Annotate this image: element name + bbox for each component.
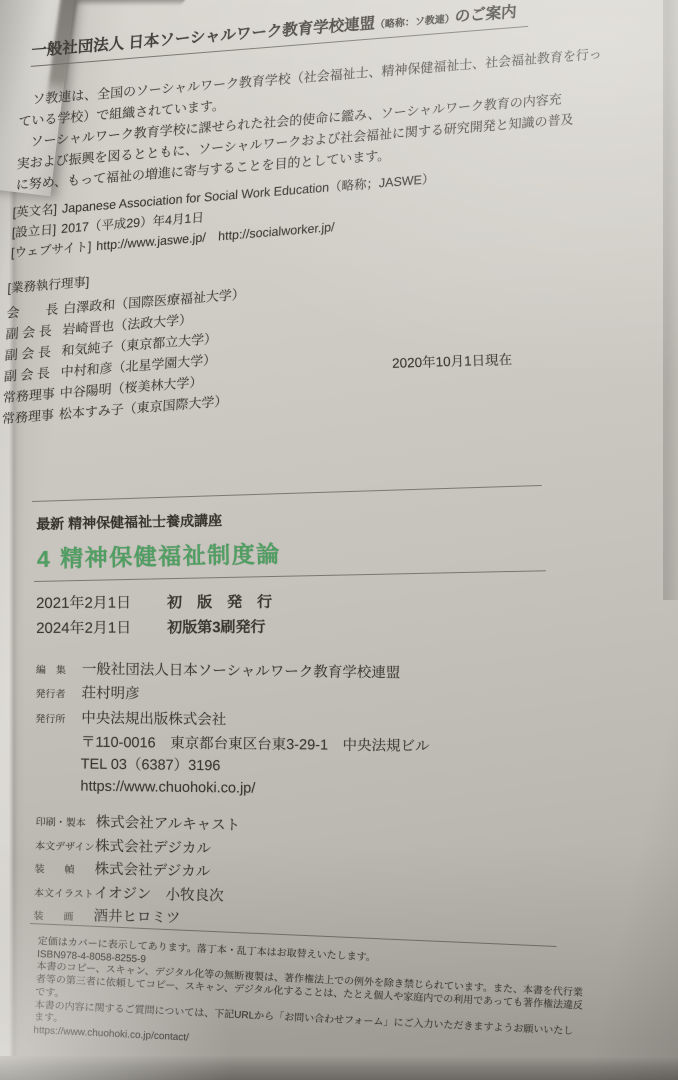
fine-print: 定価はカバーに表示してあります。落丁本・乱丁本はお取替えいたします。 ISBN9… — [33, 936, 647, 1067]
production-credits: 印刷・製本株式会社アルキャスト 本文デザイン株式会社デジカル 装 幀株式会社デジ… — [33, 810, 240, 932]
book-title: 4精神保健福祉制度論 — [37, 536, 281, 574]
series-title: 最新 精神保健福祉士養成講座 — [36, 509, 280, 534]
association-heading-suffix: のご案内 — [454, 4, 517, 26]
book-title-text: 精神保健福祉制度論 — [60, 541, 281, 572]
as-of-date: 2020年10月1日現在 — [392, 348, 513, 372]
association-name: 一般社団法人 日本ソーシャルワーク教育学校連盟 — [31, 15, 375, 60]
book-page: 6 一般社団法人 日本ソーシャルワーク教育学校連盟（略称：ソ教連）のご案内 ソ教… — [0, 0, 678, 1080]
publisher-url: https://www.chuohoki.co.jp/ — [34, 775, 429, 802]
edition-row: 2024年2月1日初版第3刷発行 — [36, 615, 272, 641]
edition-row: 2021年2月1日初 版 発 行 — [36, 591, 272, 617]
association-abbr: （略称：ソ教連） — [375, 14, 455, 31]
publisher-block: 編 集一般社団法人日本ソーシャルワーク教育学校連盟 発行者荘村明彦 発行所中央法… — [34, 658, 430, 803]
page-right-edge — [663, 0, 678, 600]
book-title-block: 最新 精神保健福祉士養成講座 4精神保健福祉制度論 — [36, 509, 281, 574]
edition-history: 2021年2月1日初 版 発 行 2024年2月1日初版第3刷発行 — [36, 591, 272, 641]
divider — [32, 485, 542, 502]
book-colophon-photo: 6 一般社団法人 日本ソーシャルワーク教育学校連盟（略称：ソ教連）のご案内 ソ教… — [0, 0, 678, 1080]
photo-bottom-background — [0, 1056, 678, 1080]
volume-number: 4 — [37, 546, 52, 572]
page-top-shadow — [71, 0, 187, 6]
